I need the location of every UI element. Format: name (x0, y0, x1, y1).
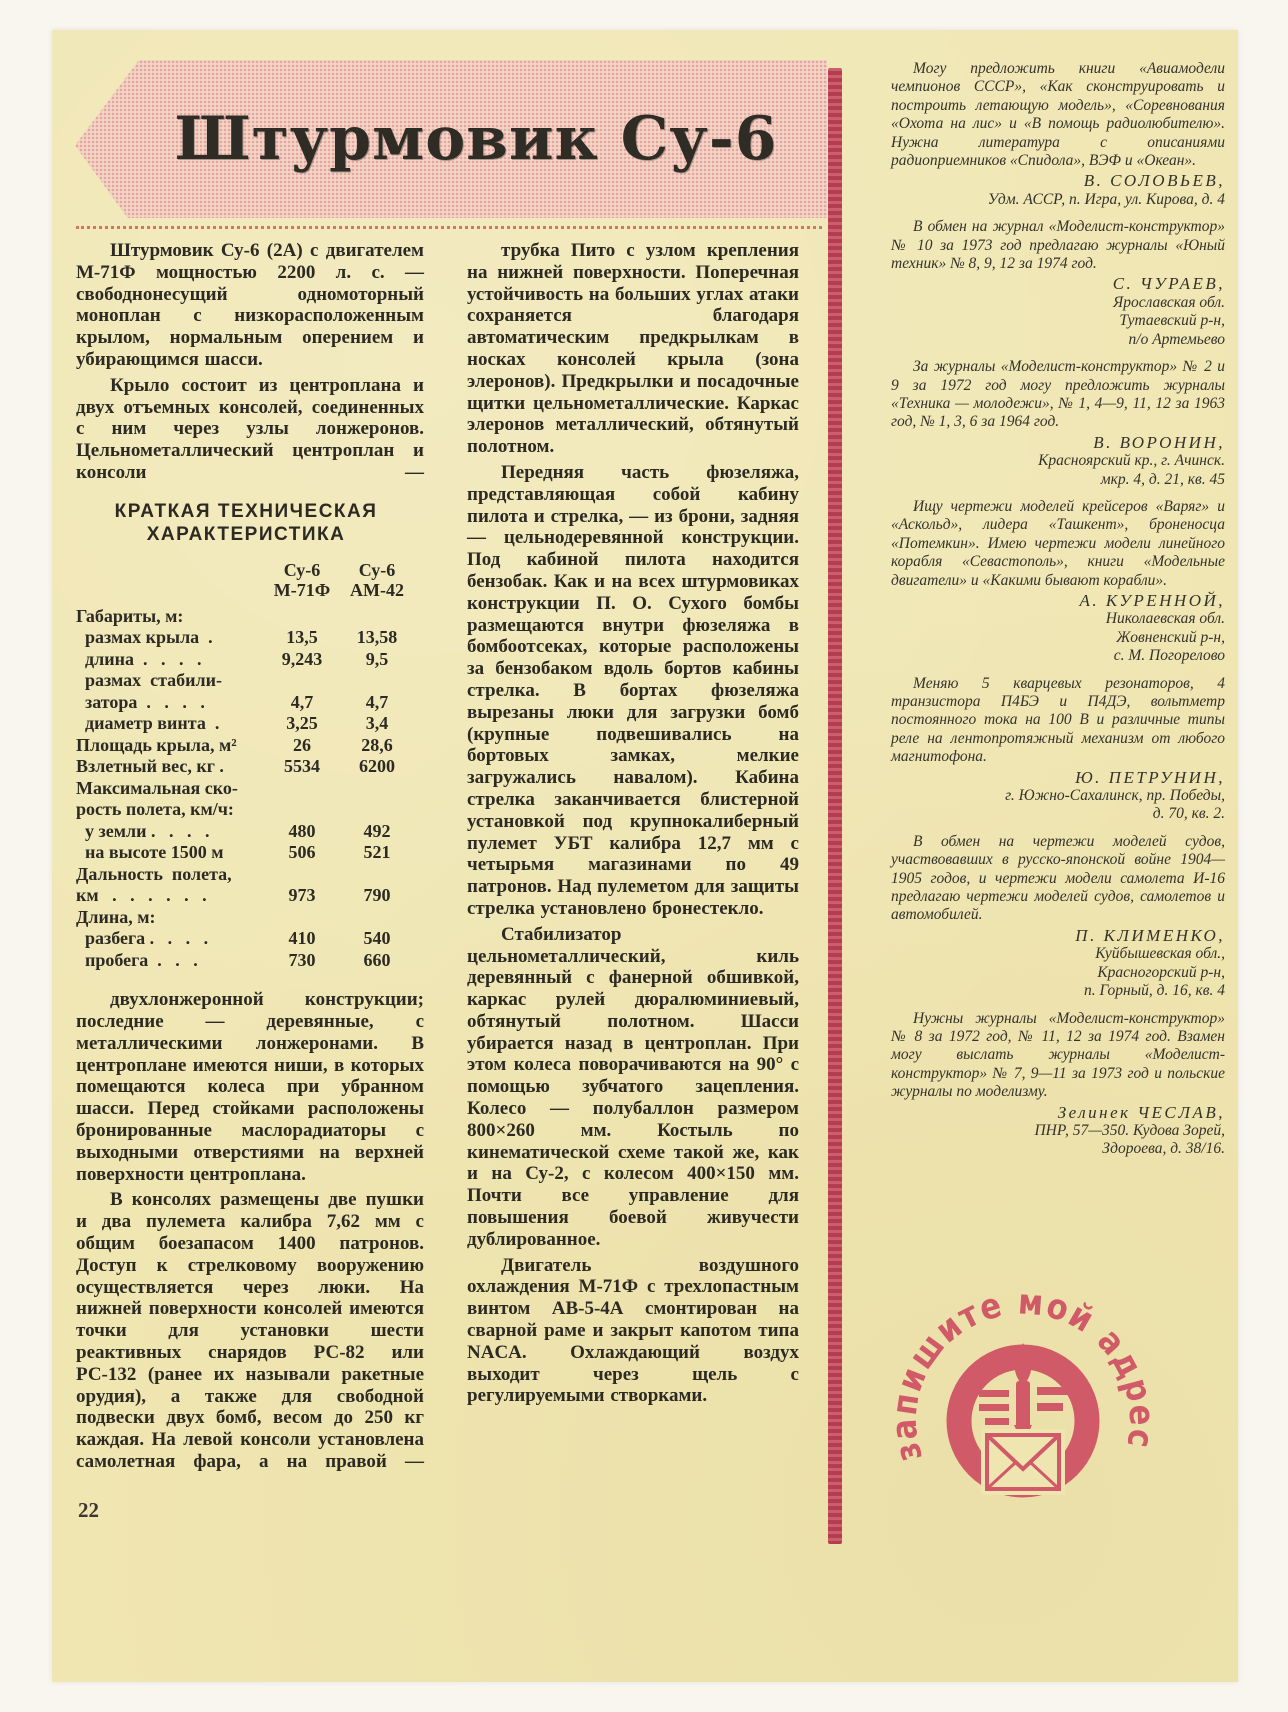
spec-table: КРАТКАЯ ТЕХНИЧЕСКАЯ ХАРАКТЕРИСТИКА Су-6 … (76, 500, 416, 972)
spec-row-label: длина . . . . (76, 649, 266, 671)
spec-header-1-line1: Су-6 (266, 560, 338, 580)
spec-table-row: на высоте 1500 м 506 521 (76, 842, 416, 864)
spec-table-row: длина . . . . 9,243 9,5 (76, 649, 416, 671)
article-column-1: Штурмовик Су-6 (2А) с двигателем М-71Ф м… (76, 240, 424, 1477)
spec-table-rows: Габариты, м: размах крыла . 13,5 13,58 д… (76, 606, 416, 972)
spec-row-label: затора . . . . (76, 692, 266, 714)
spec-table-row: у земли . . . . 480 492 (76, 821, 416, 843)
spec-row-value-am42: 492 (338, 821, 416, 843)
classified-ad: В обмен на чертежи моделей судов, участв… (891, 833, 1225, 1001)
spec-row-value-m71f: 9,243 (266, 649, 338, 671)
spec-table-row: Площадь крыла, м² 26 28,6 (76, 735, 416, 757)
spec-header-2-line2: АМ-42 (338, 580, 416, 600)
spec-row-label: у земли . . . . (76, 821, 266, 843)
spec-row-value-m71f: 730 (266, 950, 338, 972)
spec-row-label: Длина, м: (76, 907, 266, 929)
ad-signature: Ю. ПЕТРУНИН, г. Южно-Сахалинск, пр. Побе… (891, 769, 1225, 824)
spec-row-label: размах стабили- (76, 670, 266, 692)
article-paragraph: Крыло состоит из центроплана и двух отъе… (76, 375, 424, 484)
spec-row-label: Взлетный вес, кг . (76, 756, 266, 778)
spec-row-label: разбега . . . . (76, 928, 266, 950)
spec-table-row: разбега . . . . 410 540 (76, 928, 416, 950)
article-paragraph: Двигатель воздушного охлаждения М-71Ф с … (467, 1255, 799, 1408)
spec-row-value-m71f: 26 (266, 735, 338, 757)
spec-header-su6-am42: Су-6 АМ-42 (338, 560, 416, 600)
magazine-page: Штурмовик Су-6 Штурмовик Су-6 (2А) с дви… (52, 30, 1238, 1682)
spec-table-row: пробега . . . 730 660 (76, 950, 416, 972)
article-title: Штурмовик Су-6 (145, 60, 807, 218)
classified-ad: Меняю 5 кварцевых резонаторов, 4 транзис… (891, 675, 1225, 824)
stamp-graphic: запишите мой адрес (895, 1293, 1151, 1549)
column1-body-paragraphs: двухлонжеронной конструкции; последние —… (76, 989, 424, 1473)
title-banner: Штурмовик Су-6 (75, 60, 827, 218)
spec-table-row: диаметр винта . 3,25 3,4 (76, 713, 416, 735)
spec-row-value-m71f: 3,25 (266, 713, 338, 735)
column-divider-bar (828, 68, 842, 1544)
spec-row-value-m71f: 4,7 (266, 692, 338, 714)
spec-header-su6-m71f: Су-6 М-71Ф (266, 560, 338, 600)
column1-intro-paragraphs: Штурмовик Су-6 (2А) с двигателем М-71Ф м… (76, 240, 424, 484)
spec-table-row: размах стабили- (76, 670, 416, 692)
ad-signature: В. ВОРОНИН, Красноярский кр., г. Ачинск.… (891, 434, 1225, 489)
article-paragraph: Передняя часть фюзеляжа, представляющая … (467, 462, 799, 920)
classified-ad: Нужны журналы «Моделист-конструктор» № 8… (891, 1010, 1225, 1159)
ad-text: В обмен на чертежи моделей судов, участв… (891, 833, 1225, 925)
spec-row-label: диаметр винта . (76, 713, 266, 735)
spec-table-row: Взлетный вес, кг . 5534 6200 (76, 756, 416, 778)
spec-row-value-m71f: 480 (266, 821, 338, 843)
spec-header-2-line1: Су-6 (338, 560, 416, 580)
spec-row-label: рость полета, км/ч: (76, 799, 266, 821)
envelope-icon (981, 1429, 1065, 1495)
spec-row-label: на высоте 1500 м (76, 842, 266, 864)
spec-row-value-m71f: 973 (266, 885, 338, 907)
spec-row-value-am42: 13,58 (338, 627, 416, 649)
spec-title-line2: ХАРАКТЕРИСТИКА (76, 523, 416, 546)
article-column-2: трубка Пито с узлом крепления на нижней … (467, 240, 799, 1411)
classified-ad: За журналы «Моделист-конструктор» № 2 и … (891, 358, 1225, 489)
spec-row-value-am42: 540 (338, 928, 416, 950)
address-stamp: запишите мой адрес (895, 1293, 1151, 1549)
spec-row-value-am42: 9,5 (338, 649, 416, 671)
ad-text: Меняю 5 кварцевых резонаторов, 4 транзис… (891, 675, 1225, 767)
spec-row-value-am42: 660 (338, 950, 416, 972)
spec-row-label: Дальность полета, (76, 864, 266, 886)
ad-text: Ищу чертежи моделей крейсеров «Варяг» и … (891, 498, 1225, 590)
spec-row-label: Габариты, м: (76, 606, 266, 628)
ad-signature: С. ЧУРАЕВ, Ярославская обл. Тутаевский р… (891, 275, 1225, 349)
spec-table-row: затора . . . . 4,7 4,7 (76, 692, 416, 714)
spec-row-label: км . . . . . . (76, 885, 266, 907)
spec-table-row: Габариты, м: (76, 606, 416, 628)
article-paragraph: двухлонжеронной конструкции; последние —… (76, 989, 424, 1185)
spec-table-row: км . . . . . . 973 790 (76, 885, 416, 907)
spec-table-row: Дальность полета, (76, 864, 416, 886)
ad-signature: Зелинек ЧЕСЛАВ, ПНР, 57—350. Кудова Зоре… (891, 1104, 1225, 1159)
article-paragraph: трубка Пито с узлом крепления на нижней … (467, 240, 799, 458)
classified-ad: В обмен на журнал «Моделист-конструктор»… (891, 218, 1225, 349)
article-paragraph: В консолях размещены две пушки и два пул… (76, 1189, 424, 1472)
spec-table-row: Длина, м: (76, 907, 416, 929)
ad-signature: А. КУРЕННОЙ, Николаевская обл. Жовненски… (891, 592, 1225, 666)
classified-ad: Ищу чертежи моделей крейсеров «Варяг» и … (891, 498, 1225, 666)
spec-row-value-m71f: 506 (266, 842, 338, 864)
ad-text: Нужны журналы «Моделист-конструктор» № 8… (891, 1010, 1225, 1102)
spec-row-value-am42: 6200 (338, 756, 416, 778)
page-number: 22 (78, 1498, 99, 1523)
article-paragraph: Штурмовик Су-6 (2А) с двигателем М-71Ф м… (76, 240, 424, 371)
ad-signature: В. СОЛОВЬЕВ, Удм. АССР, п. Игра, ул. Кир… (891, 172, 1225, 209)
spec-row-label: Площадь крыла, м² (76, 735, 266, 757)
classified-ad: Могу предложить книги «Авиамодели чемпио… (891, 60, 1225, 209)
spec-row-value-m71f: 410 (266, 928, 338, 950)
spec-row-value-am42: 28,6 (338, 735, 416, 757)
spec-table-row: рость полета, км/ч: (76, 799, 416, 821)
spec-row-value-am42: 4,7 (338, 692, 416, 714)
spec-row-label: размах крыла . (76, 627, 266, 649)
ads-column: Могу предложить книги «Авиамодели чемпио… (891, 60, 1225, 1168)
spec-table-row: размах крыла . 13,5 13,58 (76, 627, 416, 649)
spec-title-line1: КРАТКАЯ ТЕХНИЧЕСКАЯ (76, 500, 416, 523)
spec-row-value-m71f: 13,5 (266, 627, 338, 649)
spec-row-value-am42: 521 (338, 842, 416, 864)
spec-row-value-am42: 3,4 (338, 713, 416, 735)
ad-signature: П. КЛИМЕНКО, Куйбышевская обл., Красного… (891, 927, 1225, 1001)
spec-table-row: Максимальная ско- (76, 778, 416, 800)
dotted-rule (76, 226, 822, 229)
spec-table-header: Су-6 М-71Ф Су-6 АМ-42 (76, 560, 416, 600)
spec-header-1-line2: М-71Ф (266, 580, 338, 600)
ad-text: Могу предложить книги «Авиамодели чемпио… (891, 60, 1225, 170)
ad-text: В обмен на журнал «Моделист-конструктор»… (891, 218, 1225, 273)
article-paragraph: Стабилизатор цельнометаллический, киль д… (467, 924, 799, 1251)
spec-row-label: пробега . . . (76, 950, 266, 972)
spec-row-label: Максимальная ско- (76, 778, 266, 800)
spec-table-title: КРАТКАЯ ТЕХНИЧЕСКАЯ ХАРАКТЕРИСТИКА (76, 500, 416, 546)
ad-text: За журналы «Моделист-конструктор» № 2 и … (891, 358, 1225, 432)
spec-row-value-am42: 790 (338, 885, 416, 907)
spec-row-value-m71f: 5534 (266, 756, 338, 778)
column2-paragraphs: трубка Пито с узлом крепления на нижней … (467, 240, 799, 1407)
